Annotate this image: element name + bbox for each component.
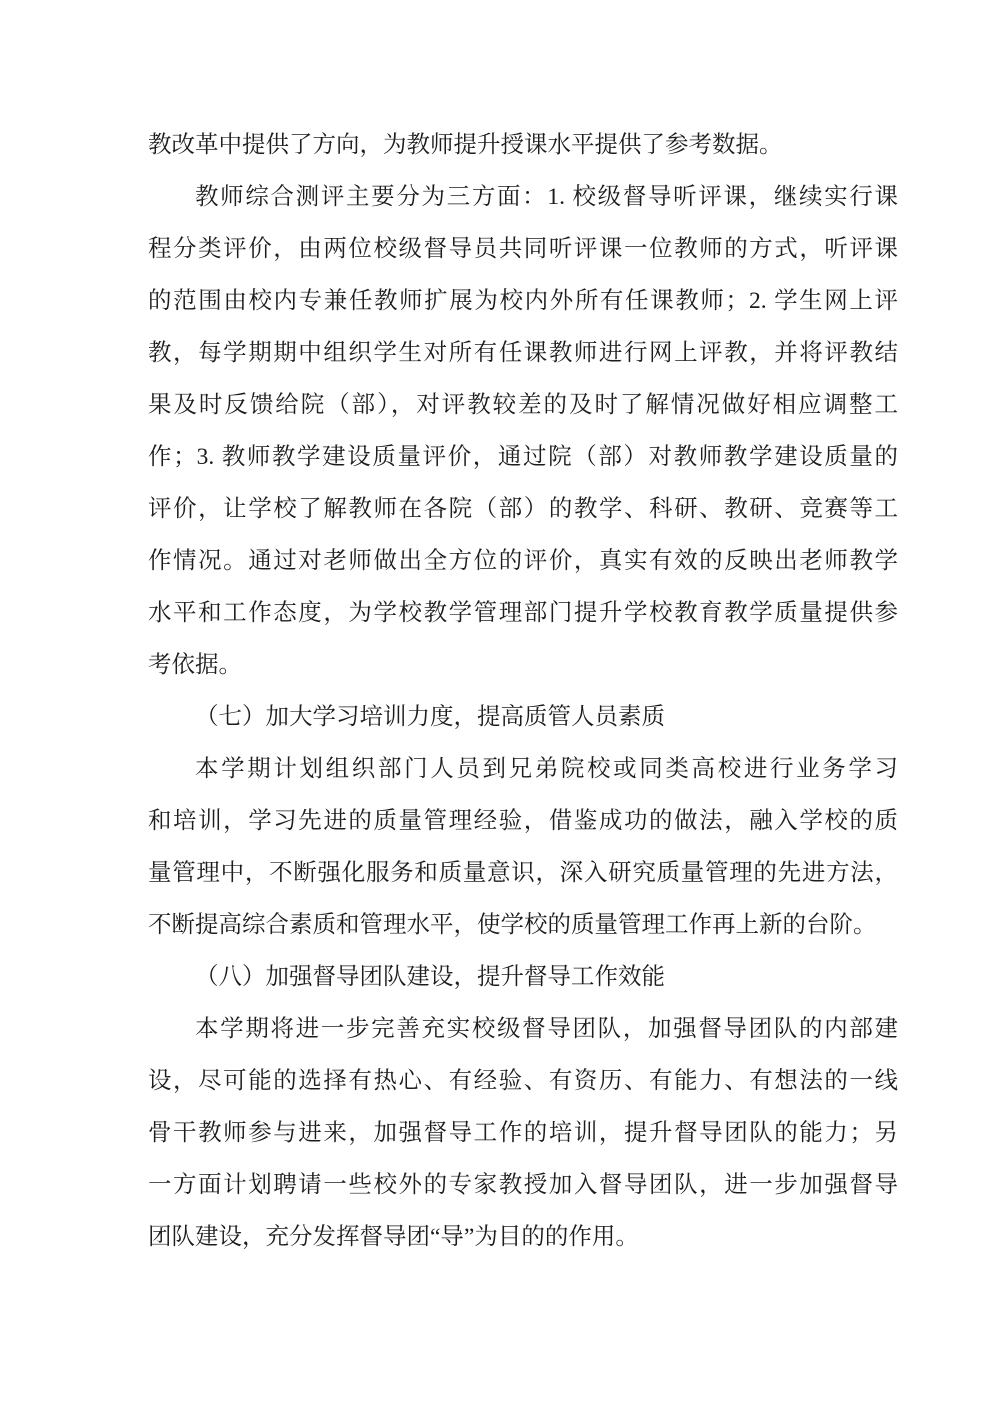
text-line: 水平和工作态度，为学校教学管理部门提升学校教育教学质量提供参 <box>148 587 898 639</box>
text-line: 教师综合测评主要分为三方面：1. 校级督导听评课，继续实行课 <box>148 171 898 223</box>
text-line: 教改革中提供了方向，为教师提升授课水平提供了参考数据。 <box>148 119 898 171</box>
text-line: 量管理中，不断强化服务和质量意识，深入研究质量管理的先进方法， <box>148 847 898 899</box>
text-line: 作情况。通过对老师做出全方位的评价，真实有效的反映出老师教学 <box>148 535 898 587</box>
text-line: 教，每学期期中组织学生对所有任课教师进行网上评教，并将评教结 <box>148 327 898 379</box>
text-line: 团队建设，充分发挥督导团“导”为目的的作用。 <box>148 1211 898 1263</box>
text-line: 的范围由校内专兼任教师扩展为校内外所有任课教师；2. 学生网上评 <box>148 275 898 327</box>
text-line: 设，尽可能的选择有热心、有经验、有资历、有能力、有想法的一线 <box>148 1055 898 1107</box>
text-line: （八）加强督导团队建设，提升督导工作效能 <box>148 951 898 1003</box>
text-line: 本学期将进一步完善充实校级督导团队，加强督导团队的内部建 <box>148 1003 898 1055</box>
text-line: 评价，让学校了解教师在各院（部）的教学、科研、教研、竞赛等工 <box>148 483 898 535</box>
text-line: 骨干教师参与进来，加强督导工作的培训，提升督导团队的能力；另 <box>148 1107 898 1159</box>
text-line: 一方面计划聘请一些校外的专家教授加入督导团队，进一步加强督导 <box>148 1159 898 1211</box>
text-line: 考依据。 <box>148 639 898 691</box>
text-line: 果及时反馈给院（部），对评教较差的及时了解情况做好相应调整工 <box>148 379 898 431</box>
text-line: 和培训，学习先进的质量管理经验，借鉴成功的做法，融入学校的质 <box>148 795 898 847</box>
text-line: 不断提高综合素质和管理水平，使学校的质量管理工作再上新的台阶。 <box>148 899 898 951</box>
text-line: 本学期计划组织部门人员到兄弟院校或同类高校进行业务学习 <box>148 743 898 795</box>
text-line: 作；3. 教师教学建设质量评价，通过院（部）对教师教学建设质量的 <box>148 431 898 483</box>
text-column: 教改革中提供了方向，为教师提升授课水平提供了参考数据。教师综合测评主要分为三方面… <box>148 119 898 1263</box>
document-page: 教改革中提供了方向，为教师提升授课水平提供了参考数据。教师综合测评主要分为三方面… <box>0 0 992 1403</box>
text-line: （七）加大学习培训力度，提高质管人员素质 <box>148 691 898 743</box>
text-line: 程分类评价，由两位校级督导员共同听评课一位教师的方式，听评课 <box>148 223 898 275</box>
